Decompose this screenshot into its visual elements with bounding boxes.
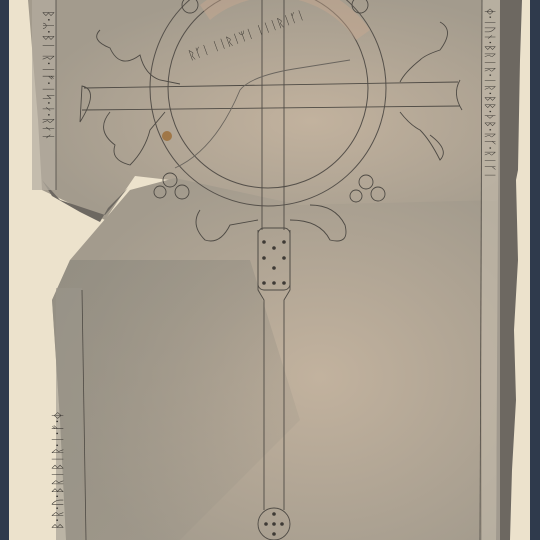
runestone-drawing: ᛒ·ᛦ·ᛒᛁ ᚱ·ᛁᚠ·ᛁᛋ·ᛅ·ᚱᛅᚾ ᛒ·ᚱ·ᚢ·ᛒᚱᛁᛒᛁᚱ·ᛁ·ᚠ·ᛄ … [0,0,540,540]
mount-left [0,0,9,540]
stain-spot [162,131,172,141]
mount-right [530,0,540,540]
runes-left-lower: ᛒ·ᚱ·ᚢ·ᛒᚱᛁᛒᛁᚱ·ᛁ·ᚠ·ᛄ [51,411,66,530]
runes-left-upper: ᛒ·ᛦ·ᛒᛁ ᚱ·ᛁᚠ·ᛁᛋ·ᛅ·ᚱᛅᚾ [40,10,55,140]
runes-right: ᛄ·ᛁᚢᚾ·ᛒᚱᛁᚱ·ᛁᚱ·ᛒᛒ·ᚦᛒ·ᚱᚴ·ᚱᛁᚴᛁ [483,8,497,179]
image-frame: ᛒ·ᛦ·ᛒᛁ ᚱ·ᛁᚠ·ᛁᛋ·ᛅ·ᚱᛅᚾ ᛒ·ᚱ·ᚢ·ᛒᚱᛁᛒᛁᚱ·ᛁ·ᚠ·ᛄ … [0,0,540,540]
